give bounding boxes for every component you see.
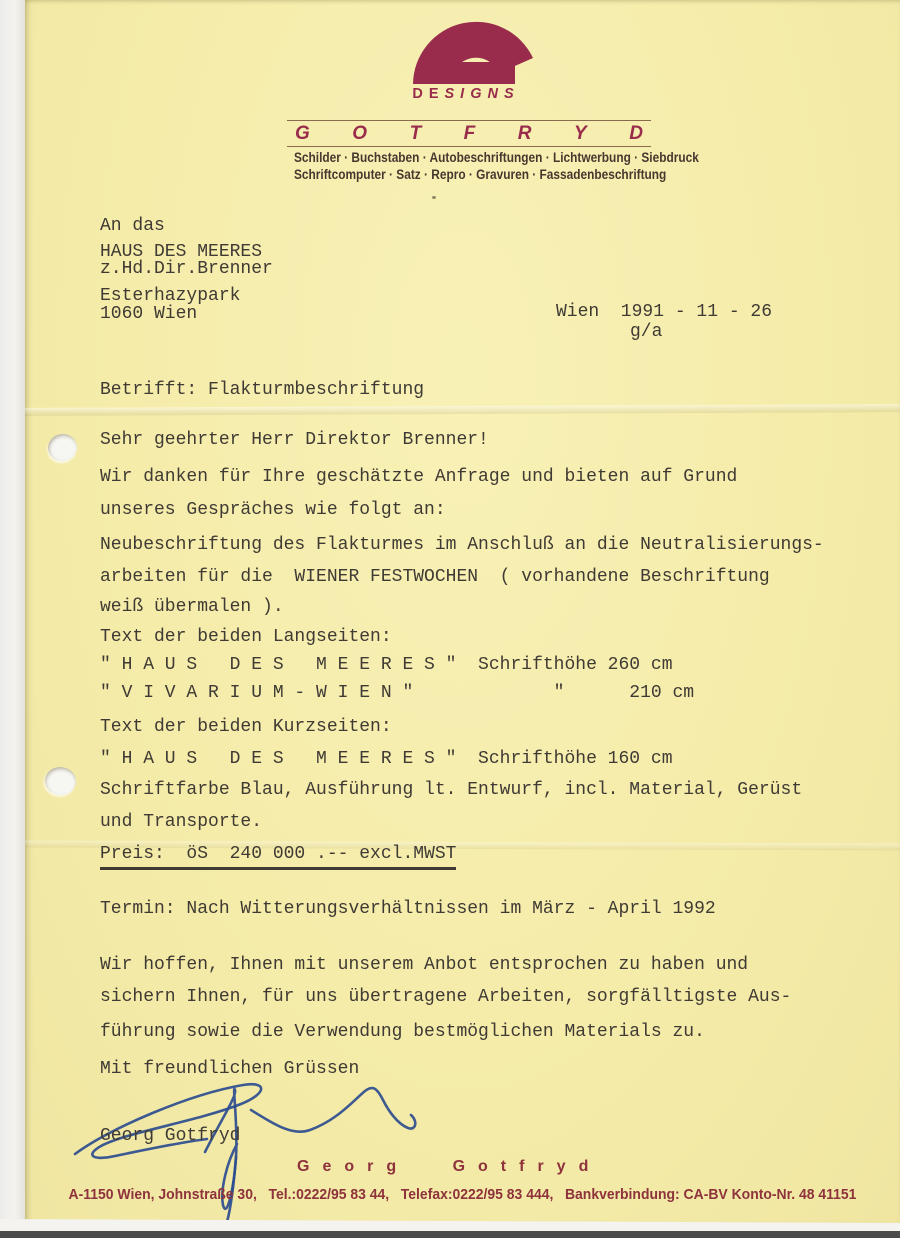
footer-owner-name: Georg Gotfryd bbox=[297, 1158, 601, 1176]
letter-line: Text der beiden Kurzseiten: bbox=[100, 717, 392, 737]
letter-line: sichern Ihnen, für uns übertragene Arbei… bbox=[100, 987, 791, 1007]
company-name-spread: GOTFRYD bbox=[287, 120, 651, 147]
letter-line: Preis: öS 240 000 .-- excl.MWST bbox=[100, 844, 456, 864]
services-line-2: Schriftcomputer · Satz · Repro · Gravure… bbox=[294, 167, 646, 184]
letter-line: arbeiten für die WIENER FESTWOCHEN ( vor… bbox=[100, 567, 770, 587]
letter-line: " V I V A R I U M - W I E N " " 210 cm bbox=[100, 683, 694, 703]
company-letter: Y bbox=[574, 123, 587, 145]
footer-contact-line: A-1150 Wien, Johnstraße 30, Tel.:0222/95… bbox=[56, 1186, 870, 1203]
clerk-initials: g/a bbox=[630, 322, 662, 342]
address-line: An das bbox=[100, 216, 165, 236]
address-line: z.Hd.Dir.Brenner bbox=[100, 259, 273, 279]
services-line-1: Schilder · Buchstaben · Autobeschriftung… bbox=[294, 150, 646, 167]
logo-designs-label: DESIGNS bbox=[404, 86, 528, 102]
letter-line: führung sowie die Verwendung bestmöglich… bbox=[100, 1022, 705, 1042]
gotfryd-logo-icon bbox=[406, 15, 556, 95]
company-letter: G bbox=[295, 123, 310, 145]
typed-signature-name: Georg Gotfryd bbox=[100, 1126, 240, 1146]
letter-line: Betrifft: Flakturmbeschriftung bbox=[100, 380, 424, 400]
date-line: Wien 1991 - 11 - 26 bbox=[556, 302, 772, 322]
letter-line: Termin: Nach Witterungsverhältnissen im … bbox=[100, 899, 716, 919]
company-letter: F bbox=[464, 123, 476, 145]
scanned-letter: DESIGNS GOTFRYD Schilder · Buchstaben · … bbox=[0, 0, 900, 1238]
letter-line: " H A U S D E S M E E R E S " Schrifthöh… bbox=[100, 655, 673, 675]
letter-line: weiß übermalen ). bbox=[100, 597, 284, 617]
letter-line: Wir hoffen, Ihnen mit unserem Anbot ents… bbox=[100, 955, 748, 975]
handwritten-signature bbox=[55, 1062, 435, 1232]
signature-stroke bbox=[251, 1088, 415, 1132]
scanner-edge-bottom bbox=[0, 1231, 900, 1238]
company-letter: D bbox=[629, 123, 643, 145]
letter-line: Schriftfarbe Blau, Ausführung lt. Entwur… bbox=[100, 780, 802, 800]
letter-line: Wir danken für Ihre geschätzte Anfrage u… bbox=[100, 467, 737, 487]
letter-line: Sehr geehrter Herr Direktor Brenner! bbox=[100, 430, 489, 450]
scanner-edge bbox=[0, 0, 25, 1238]
paper-speck bbox=[432, 196, 436, 199]
company-letter: T bbox=[410, 123, 422, 145]
company-letter: O bbox=[352, 123, 367, 145]
letter-line: unseres Gespräches wie folgt an: bbox=[100, 500, 446, 520]
company-letter: R bbox=[518, 123, 532, 145]
letter-line: " H A U S D E S M E E R E S " Schrifthöh… bbox=[100, 749, 673, 769]
address-line: Esterhazypark bbox=[100, 286, 240, 306]
letter-line: und Transporte. bbox=[100, 812, 262, 832]
letter-line: Text der beiden Langseiten: bbox=[100, 627, 392, 647]
address-line: 1060 Wien bbox=[100, 304, 197, 324]
services-list: Schilder · Buchstaben · Autobeschriftung… bbox=[294, 150, 646, 183]
letter-line: Neubeschriftung des Flakturmes im Anschl… bbox=[100, 535, 824, 555]
